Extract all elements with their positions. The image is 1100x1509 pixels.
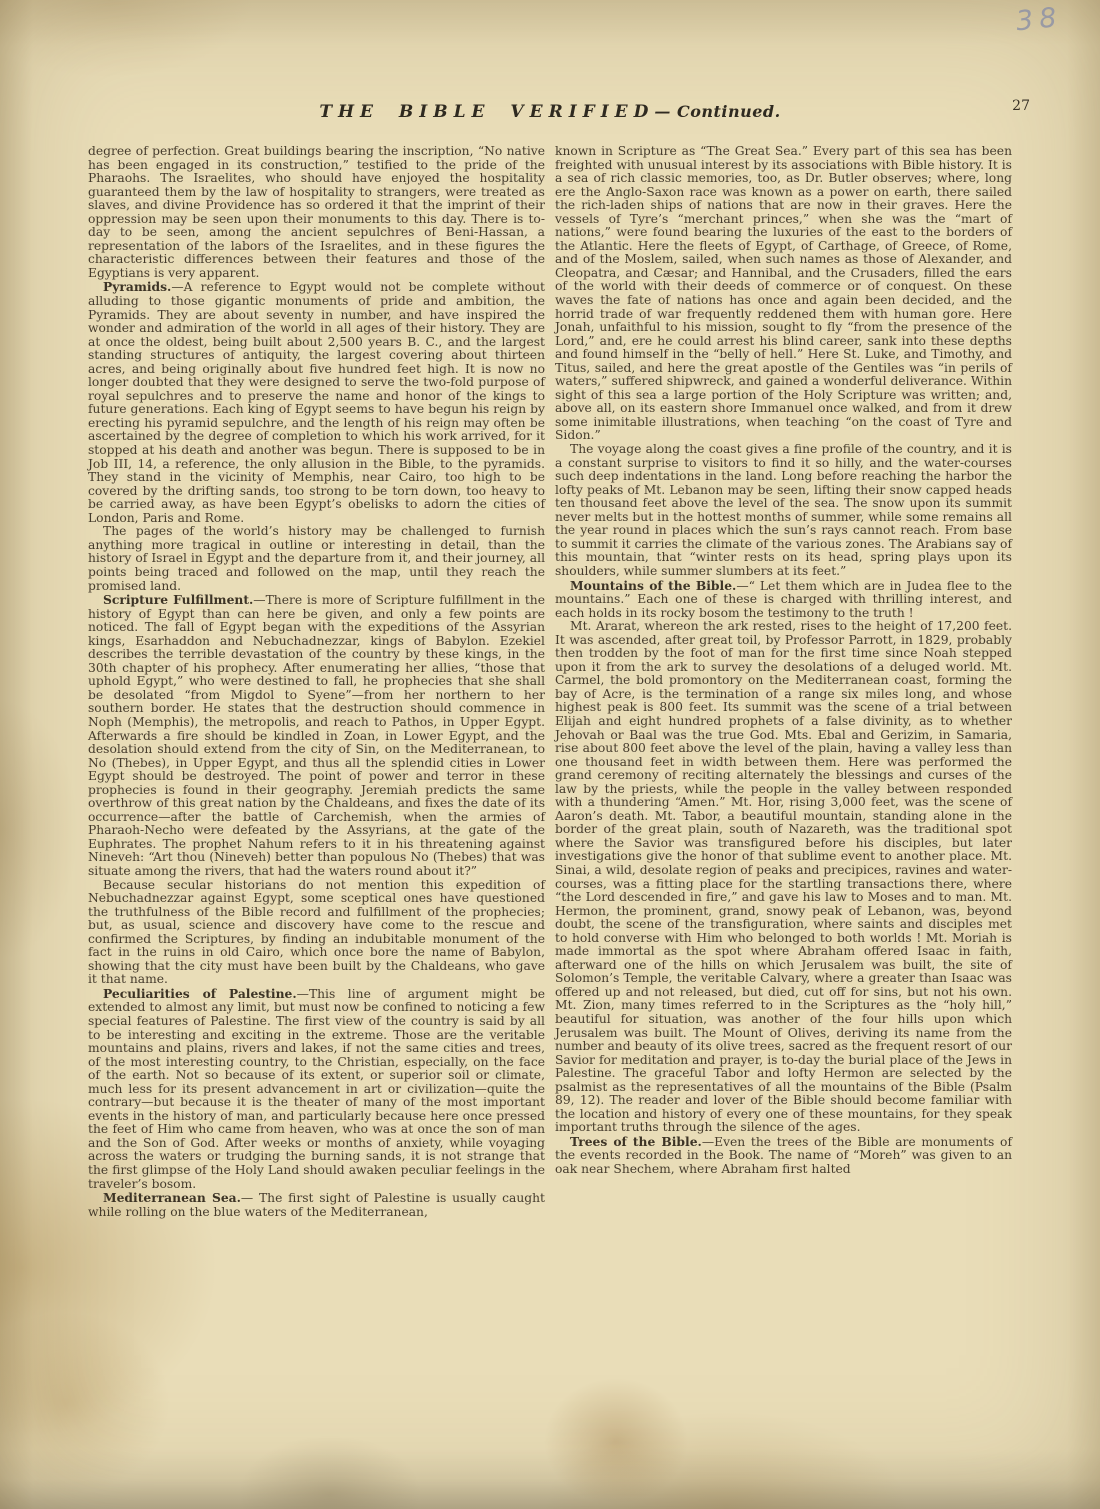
section-lead: Trees of the Bible. (570, 1134, 702, 1149)
left-column: degree of perfection. Great buildings be… (88, 145, 545, 1469)
handwritten-page-annotation: 38 (1014, 2, 1063, 38)
paragraph: Mt. Ararat, whereon the ark rested, rise… (555, 620, 1012, 1135)
paragraph: Peculiarities of Palestine.—This line of… (88, 987, 545, 1191)
scanned-book-page: 38 27 THE BIBLE VERIFIED— Continued. deg… (0, 0, 1100, 1509)
paragraph: known in Scripture as “The Great Sea.” E… (555, 145, 1012, 443)
paragraph: The pages of the world’s history may be … (88, 525, 545, 593)
two-column-text-block: degree of perfection. Great buildings be… (88, 145, 1012, 1469)
paragraph: Scripture Fulfillment.—There is more of … (88, 593, 545, 878)
section-lead: Peculiarities of Palestine. (103, 986, 297, 1001)
paragraph: The voyage along the coast gives a fine … (555, 443, 1012, 578)
page-title: THE BIBLE VERIFIED (319, 102, 654, 122)
running-head: THE BIBLE VERIFIED— Continued. (0, 102, 1100, 122)
section-lead: Mediterranean Sea. (103, 1190, 241, 1205)
paragraph: Trees of the Bible.—Even the trees of th… (555, 1135, 1012, 1177)
page-title-continued: — Continued. (654, 102, 780, 121)
section-lead: Mountains of the Bible. (570, 578, 736, 593)
paragraph: Mediterranean Sea.— The first sight of P… (88, 1191, 545, 1219)
paragraph: Mountains of the Bible.—“ Let them which… (555, 579, 1012, 621)
paragraph: Pyramids.—A reference to Egypt would not… (88, 280, 545, 525)
section-lead: Pyramids. (103, 279, 171, 294)
section-lead: Scripture Fulfillment. (103, 592, 253, 607)
right-column: known in Scripture as “The Great Sea.” E… (555, 145, 1012, 1469)
paragraph: degree of perfection. Great buildings be… (88, 145, 545, 280)
paragraph: Because secular historians do not mentio… (88, 879, 545, 987)
